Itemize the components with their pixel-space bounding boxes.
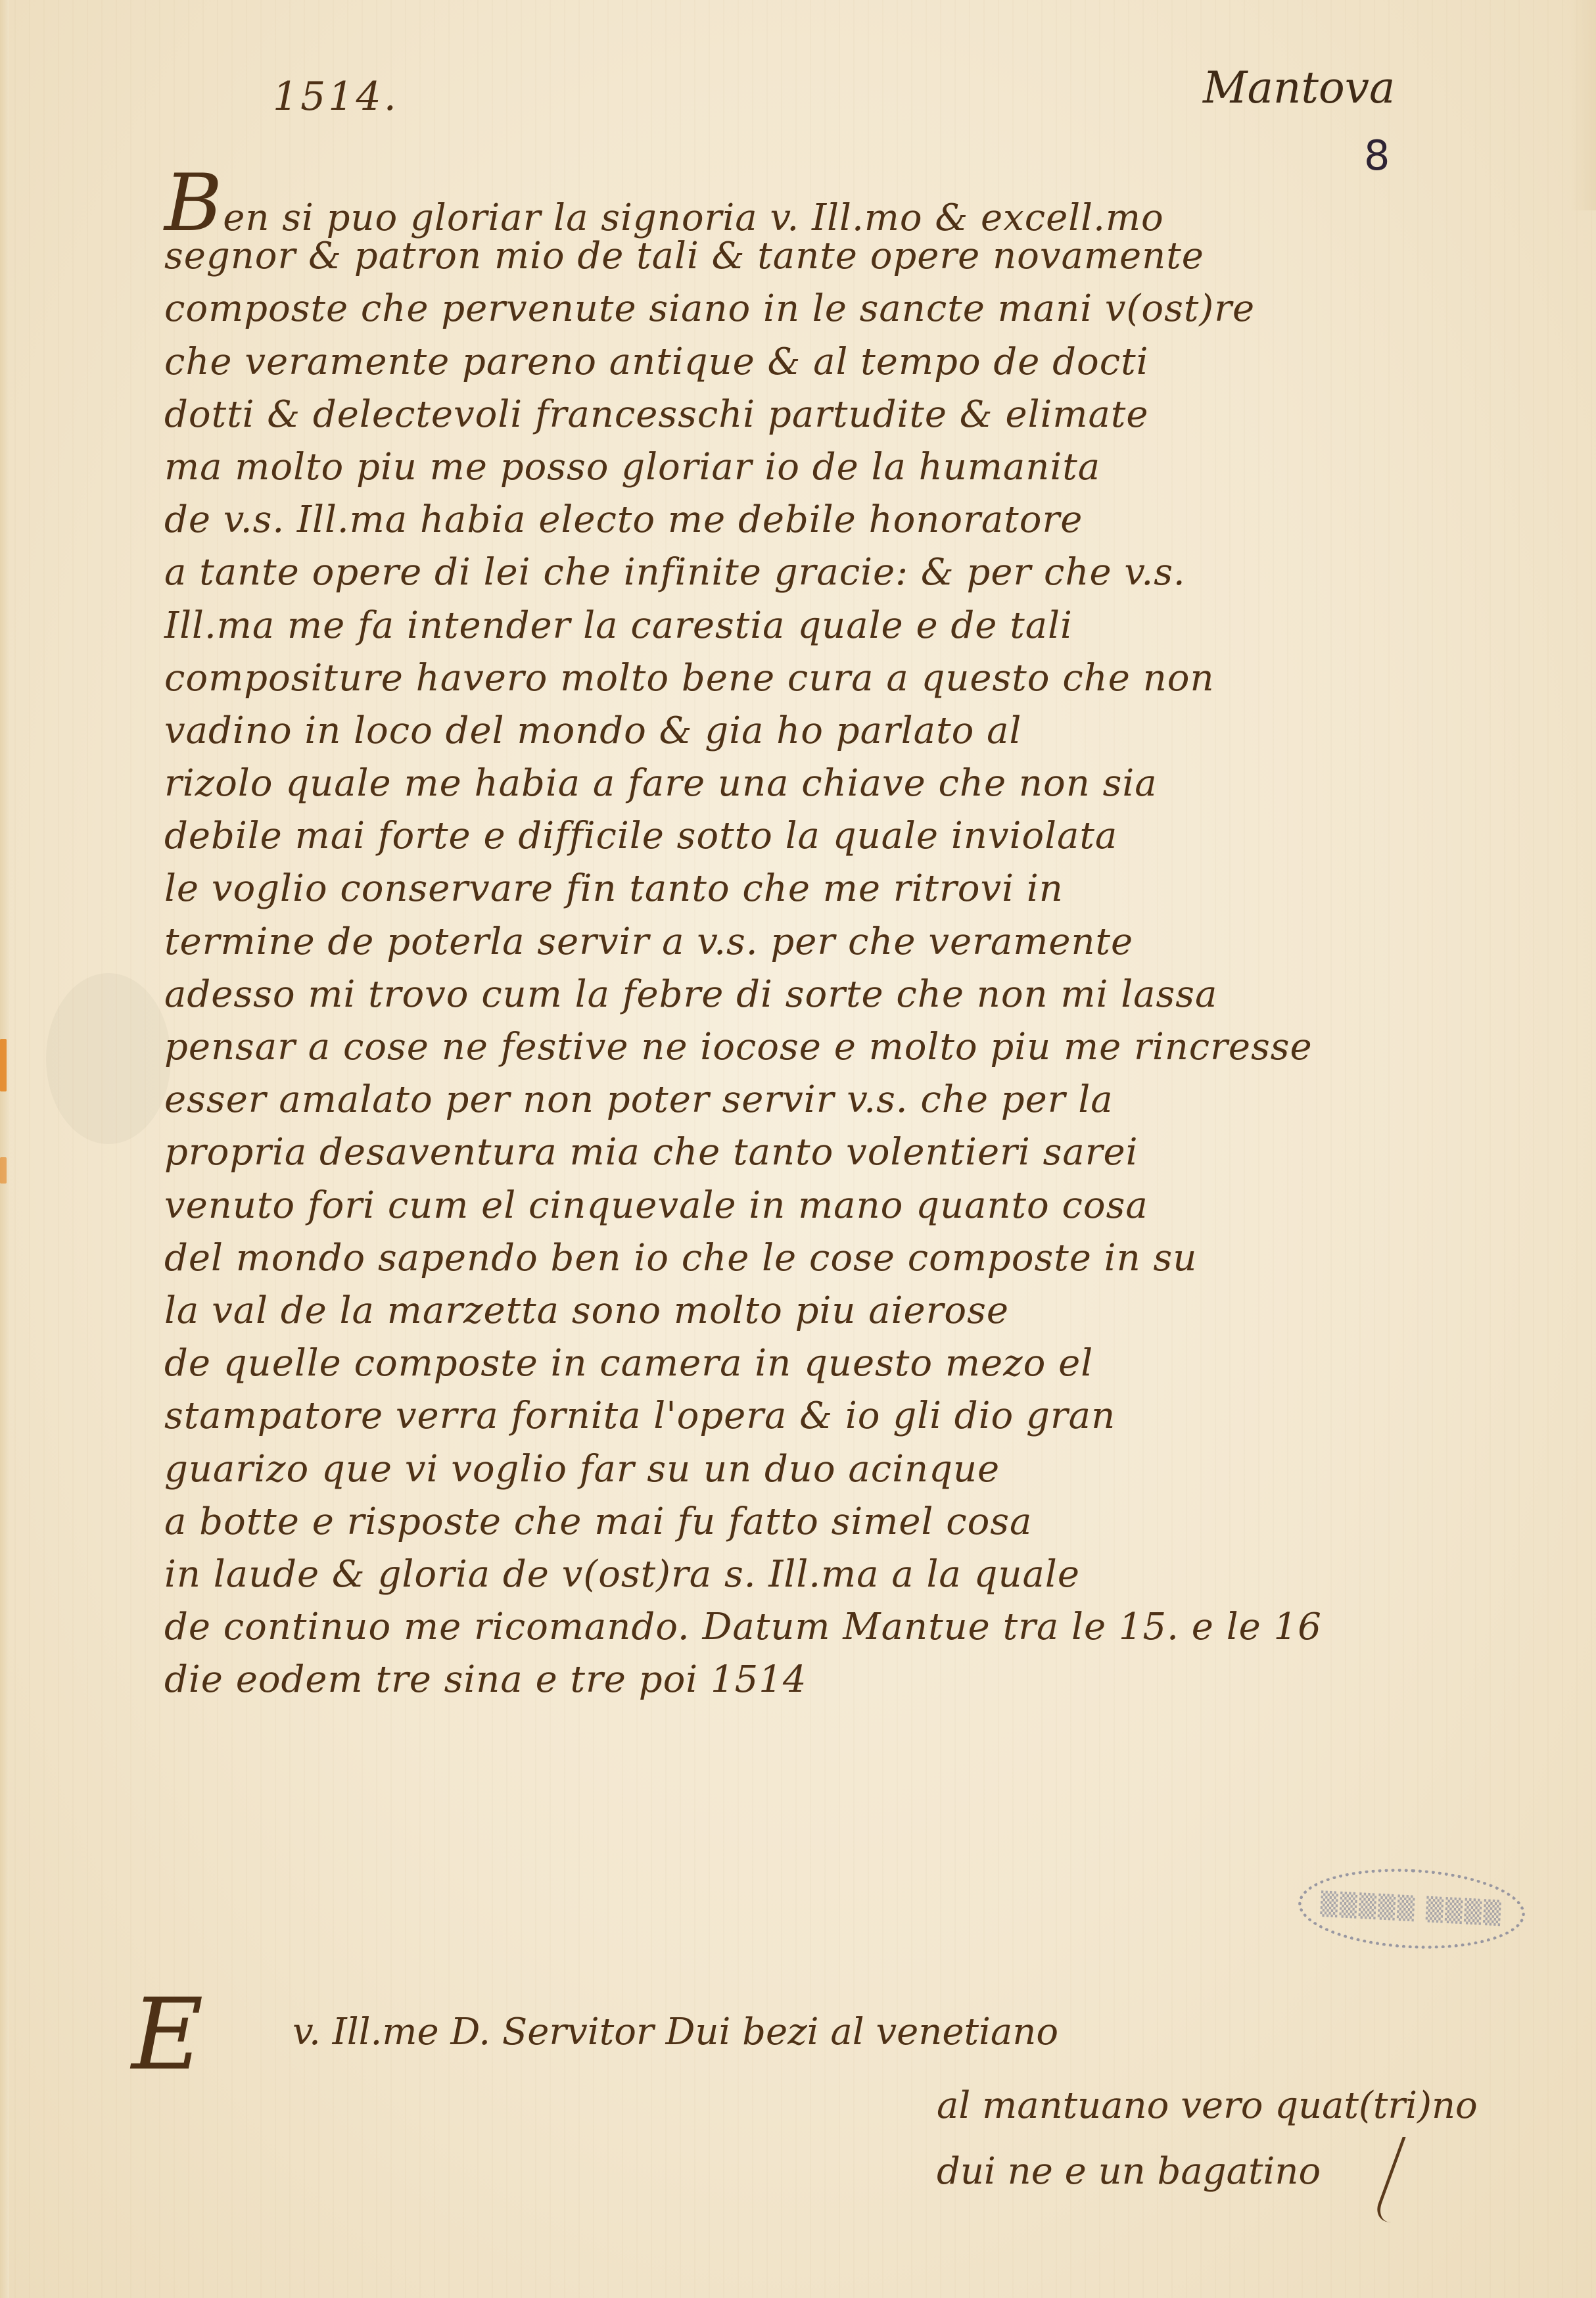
body-line: che veramente pareno antique & al tempo … (164, 336, 1578, 389)
body-line: Ill.ma me fa intender la carestia quale … (164, 600, 1578, 652)
body-line: le voglio conservare fin tanto che me ri… (164, 863, 1578, 915)
body-line: del mondo sapendo ben io che le cose com… (164, 1232, 1578, 1285)
body-line: compositure havero molto bene cura a que… (164, 652, 1578, 705)
letter-body: Ben si puo gloriar la signoria v. Ill.mo… (164, 178, 1578, 1706)
water-stain (46, 973, 171, 1144)
body-line: dotti & delectevoli francesschi partudit… (164, 389, 1578, 441)
body-line: de continuo me ricomando. Datum Mantue t… (164, 1601, 1578, 1654)
body-line: ma molto piu me posso gloriar io de la h… (164, 441, 1578, 494)
letter-year: 1514. (273, 74, 399, 120)
body-line: guarizo que vi voglio far su un duo acin… (164, 1443, 1578, 1496)
letter-place: Mantova (1203, 62, 1395, 113)
body-line: de quelle composte in camera in questo m… (164, 1337, 1578, 1390)
body-line: de v.s. Ill.ma habia electo me debile ho… (164, 494, 1578, 546)
body-line: stampatore verra fornita l'opera & io gl… (164, 1390, 1578, 1443)
body-line: debile mai forte e difficile sotto la qu… (164, 810, 1578, 863)
signature-line: dui ne e un bagatino (937, 2150, 1321, 2193)
body-line: in laude & gloria de v(ost)ra s. Ill.ma … (164, 1548, 1578, 1601)
signature-line: v. Ill.me D. Servitor Dui bezi al veneti… (293, 2011, 1058, 2053)
signature-flourish (1371, 2137, 1445, 2222)
body-line: die eodem tre sina e tre poi 1514 (164, 1654, 1578, 1706)
body-line: termine de poterla servir a v.s. per che… (164, 916, 1578, 969)
edge-stain (0, 1039, 7, 1091)
archive-stamp: ▒▒▒▒▒ ▒▒▒▒ (1296, 1863, 1527, 1954)
body-line: segnor & patron mio de tali & tante oper… (164, 230, 1578, 283)
body-line: a tante opere di lei che infinite gracie… (164, 546, 1578, 599)
folio-number: 8 (1364, 132, 1390, 180)
body-line: esser amalato per non poter servir v.s. … (164, 1074, 1578, 1126)
body-line: composte che pervenute siano in le sanct… (164, 283, 1578, 335)
signature-line: al mantuano vero quat(tri)no (937, 2084, 1478, 2127)
manuscript-page: 1514. Mantova 8 Ben si puo gloriar la si… (0, 0, 1596, 2298)
body-line: vadino in loco del mondo & gia ho parlat… (164, 705, 1578, 757)
body-line: pensar a cose ne festive ne iocose e mol… (164, 1021, 1578, 1074)
body-line: a botte e risposte che mai fu fatto sime… (164, 1496, 1578, 1548)
body-line: Ben si puo gloriar la signoria v. Ill.mo… (164, 178, 1578, 230)
body-line: rizolo quale me habia a fare una chiave … (164, 757, 1578, 810)
edge-stain (0, 1157, 7, 1184)
body-line: propria desaventura mia che tanto volent… (164, 1126, 1578, 1179)
archive-stamp-text: ▒▒▒▒▒ ▒▒▒▒ (1320, 1891, 1503, 1927)
body-line: la val de la marzetta sono molto piu aie… (164, 1285, 1578, 1337)
body-line: adesso mi trovo cum la febre di sorte ch… (164, 969, 1578, 1021)
signature-initial: E (131, 1986, 204, 2084)
body-line: venuto fori cum el cinquevale in mano qu… (164, 1180, 1578, 1232)
